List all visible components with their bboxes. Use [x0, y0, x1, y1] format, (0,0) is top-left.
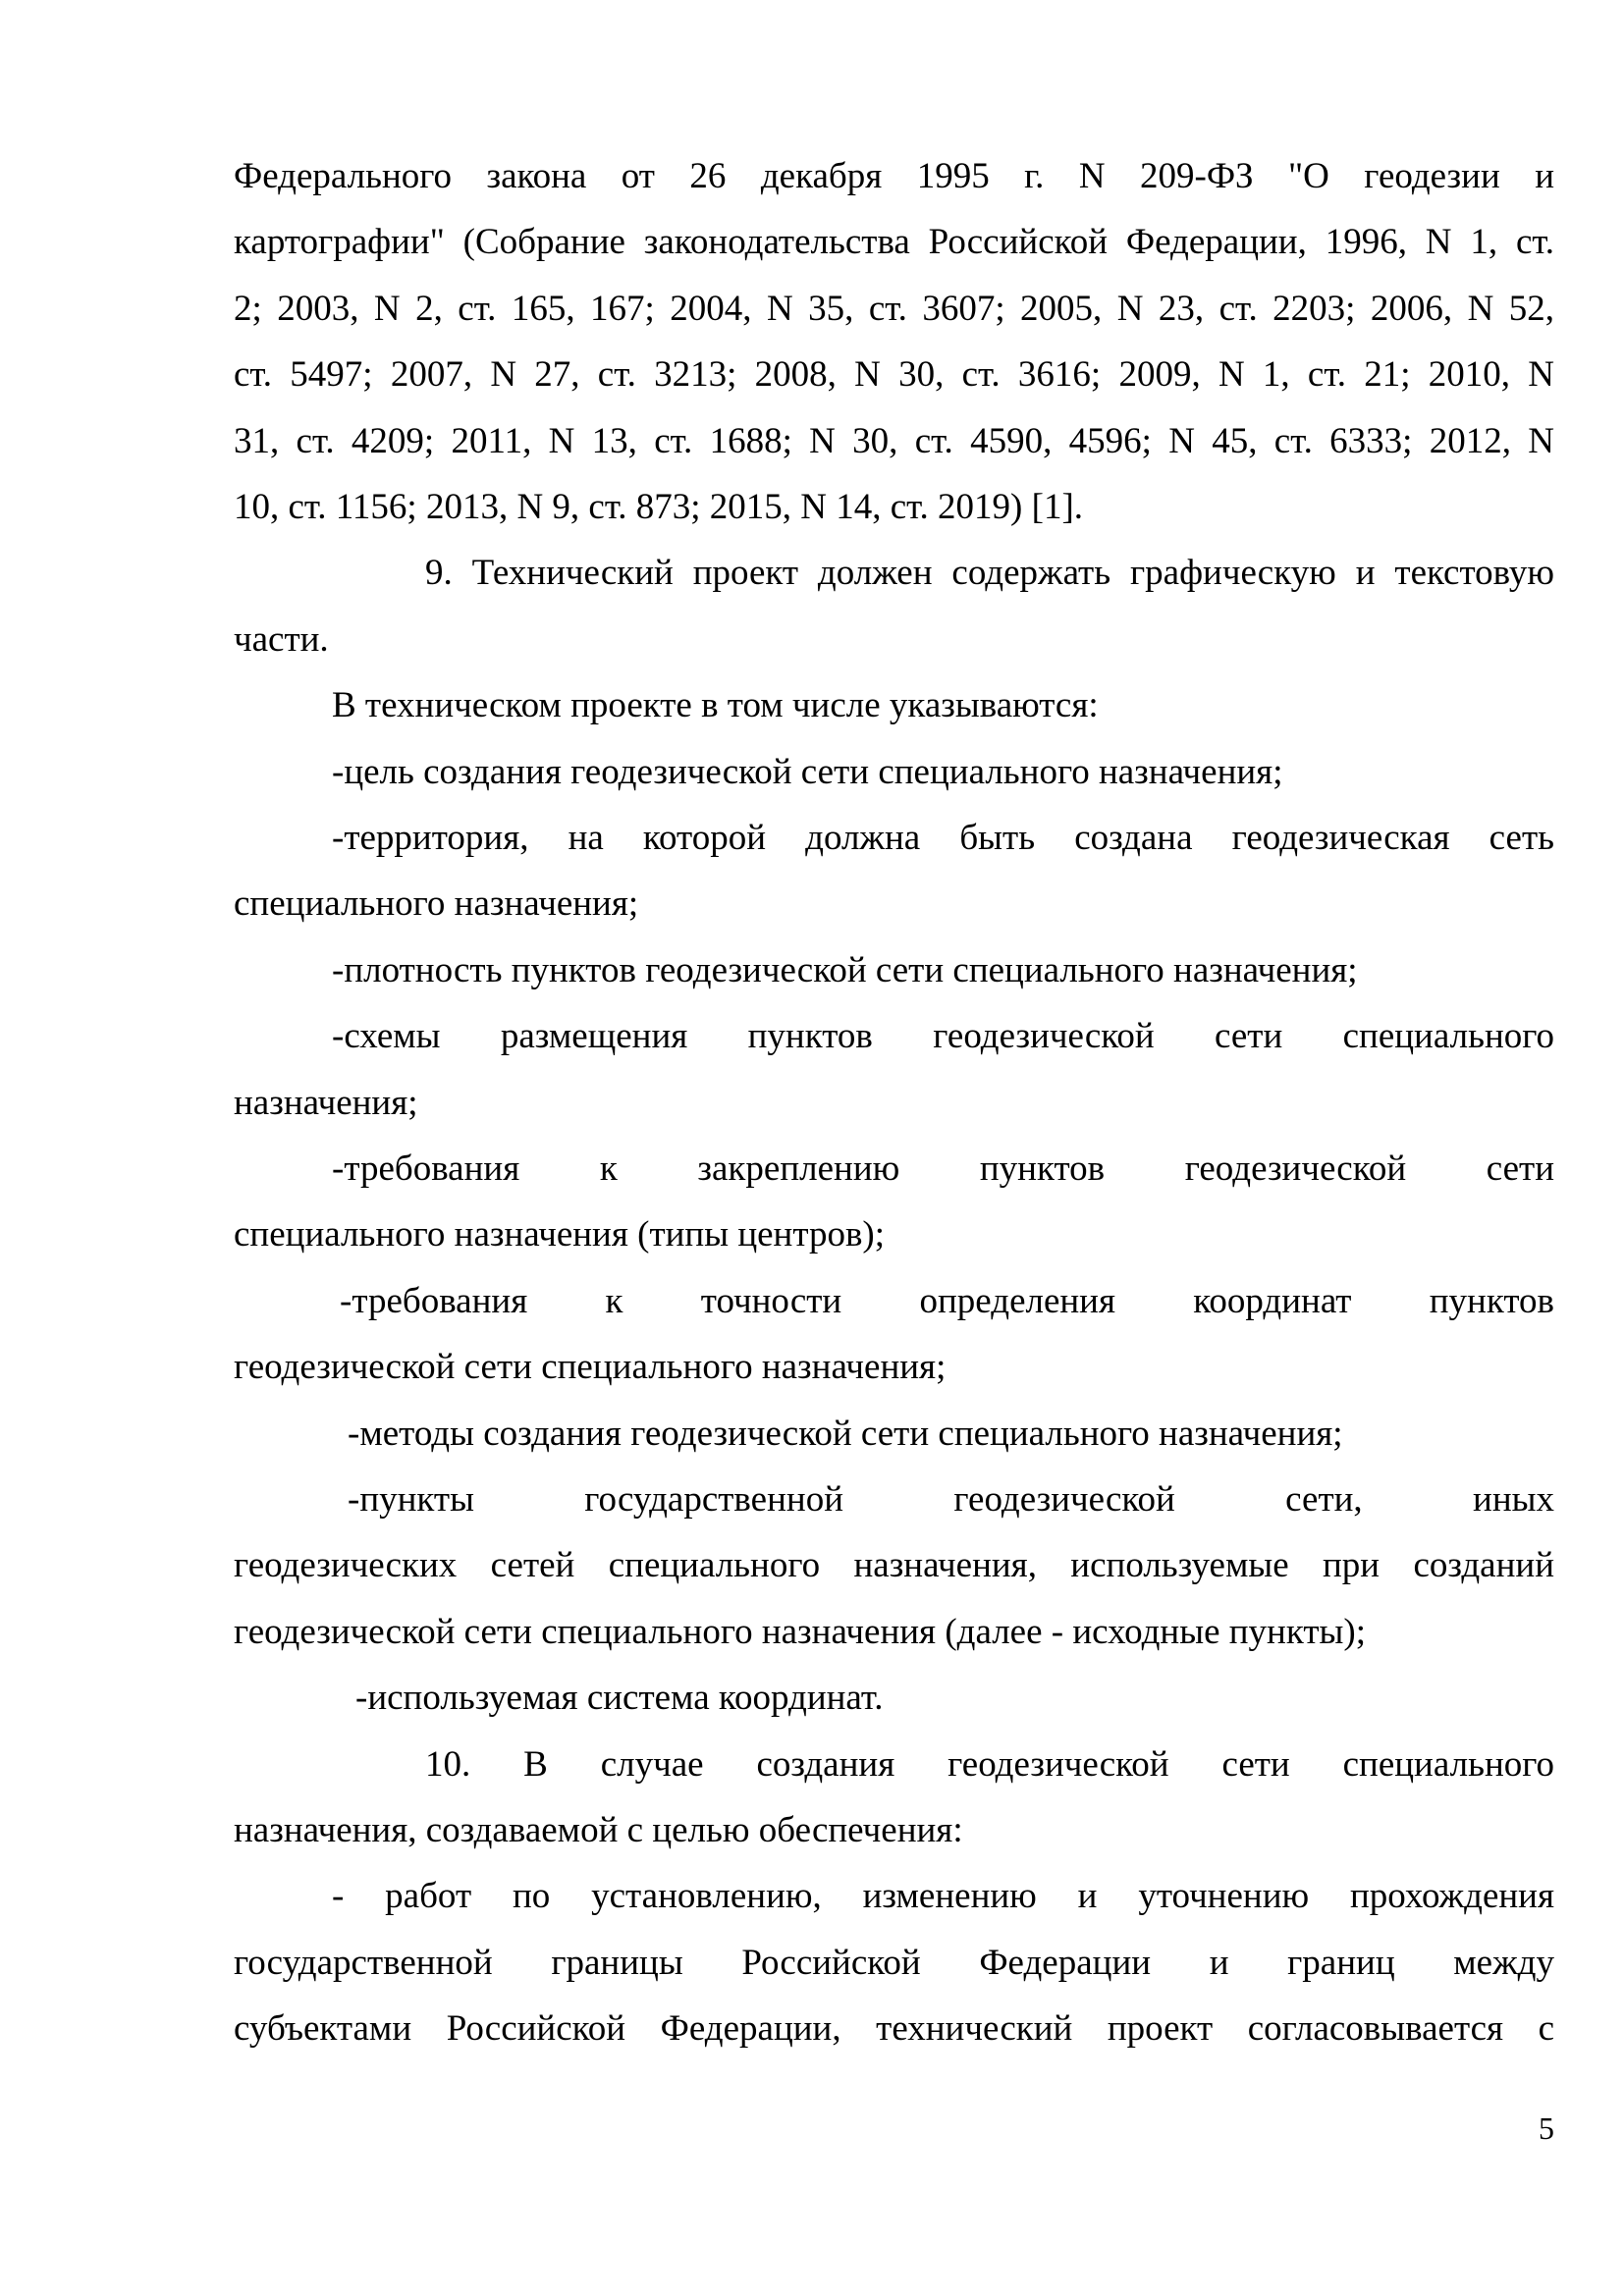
text-line: -требования к закреплению пунктов геодез… — [332, 1145, 1554, 1194]
text-line: назначения, создаваемой с целью обеспече… — [234, 1806, 1554, 1855]
text-line: специального назначения (типы центров); — [234, 1210, 1554, 1259]
text-line: специального назначения; — [234, 880, 1554, 929]
text-line: 10, ст. 1156; 2013, N 9, ст. 873; 2015, … — [234, 483, 1554, 532]
text-line: государственной границы Российской Федер… — [234, 1939, 1554, 1988]
text-line: ст. 5497; 2007, N 27, ст. 3213; 2008, N … — [234, 350, 1554, 400]
text-line: субъектами Российской Федерации, техниче… — [234, 2004, 1554, 2054]
text-line: части. — [234, 615, 1554, 665]
text-line: картографии" (Собрание законодательства … — [234, 218, 1554, 267]
text-line: - работ по установлению, изменению и уто… — [332, 1872, 1554, 1921]
text-line: -территория, на которой должна быть созд… — [332, 814, 1554, 863]
text-line: Федерального закона от 26 декабря 1995 г… — [234, 152, 1554, 201]
text-line: 2; 2003, N 2, ст. 165, 167; 2004, N 35, … — [234, 285, 1554, 334]
text-line: -требования к точности определения коорд… — [340, 1277, 1554, 1326]
text-line: -схемы размещения пунктов геодезической … — [332, 1012, 1554, 1061]
text-line: -плотность пунктов геодезической сети сп… — [332, 946, 1554, 995]
document-page: Федерального закона от 26 декабря 1995 г… — [0, 0, 1624, 2296]
text-line: -методы создания геодезической сети спец… — [348, 1410, 1554, 1459]
text-line: -пункты государственной геодезической се… — [348, 1475, 1554, 1524]
text-line: геодезических сетей специального назначе… — [234, 1541, 1554, 1590]
text-line: назначения; — [234, 1079, 1554, 1128]
text-line: -используемая система координат. — [355, 1674, 1554, 1723]
text-line: геодезической сети специального назначен… — [234, 1343, 1554, 1392]
text-line: 31, ст. 4209; 2011, N 13, ст. 1688; N 30… — [234, 417, 1554, 466]
text-line: 10. В случае создания геодезической сети… — [425, 1740, 1554, 1789]
text-line: геодезической сети специального назначен… — [234, 1608, 1554, 1657]
text-line: 9. Технический проект должен содержать г… — [425, 549, 1554, 598]
page-number: 5 — [1527, 2109, 1566, 2148]
text-line: В техническом проекте в том числе указыв… — [332, 681, 1554, 730]
text-line: -цель создания геодезической сети специа… — [332, 748, 1554, 797]
